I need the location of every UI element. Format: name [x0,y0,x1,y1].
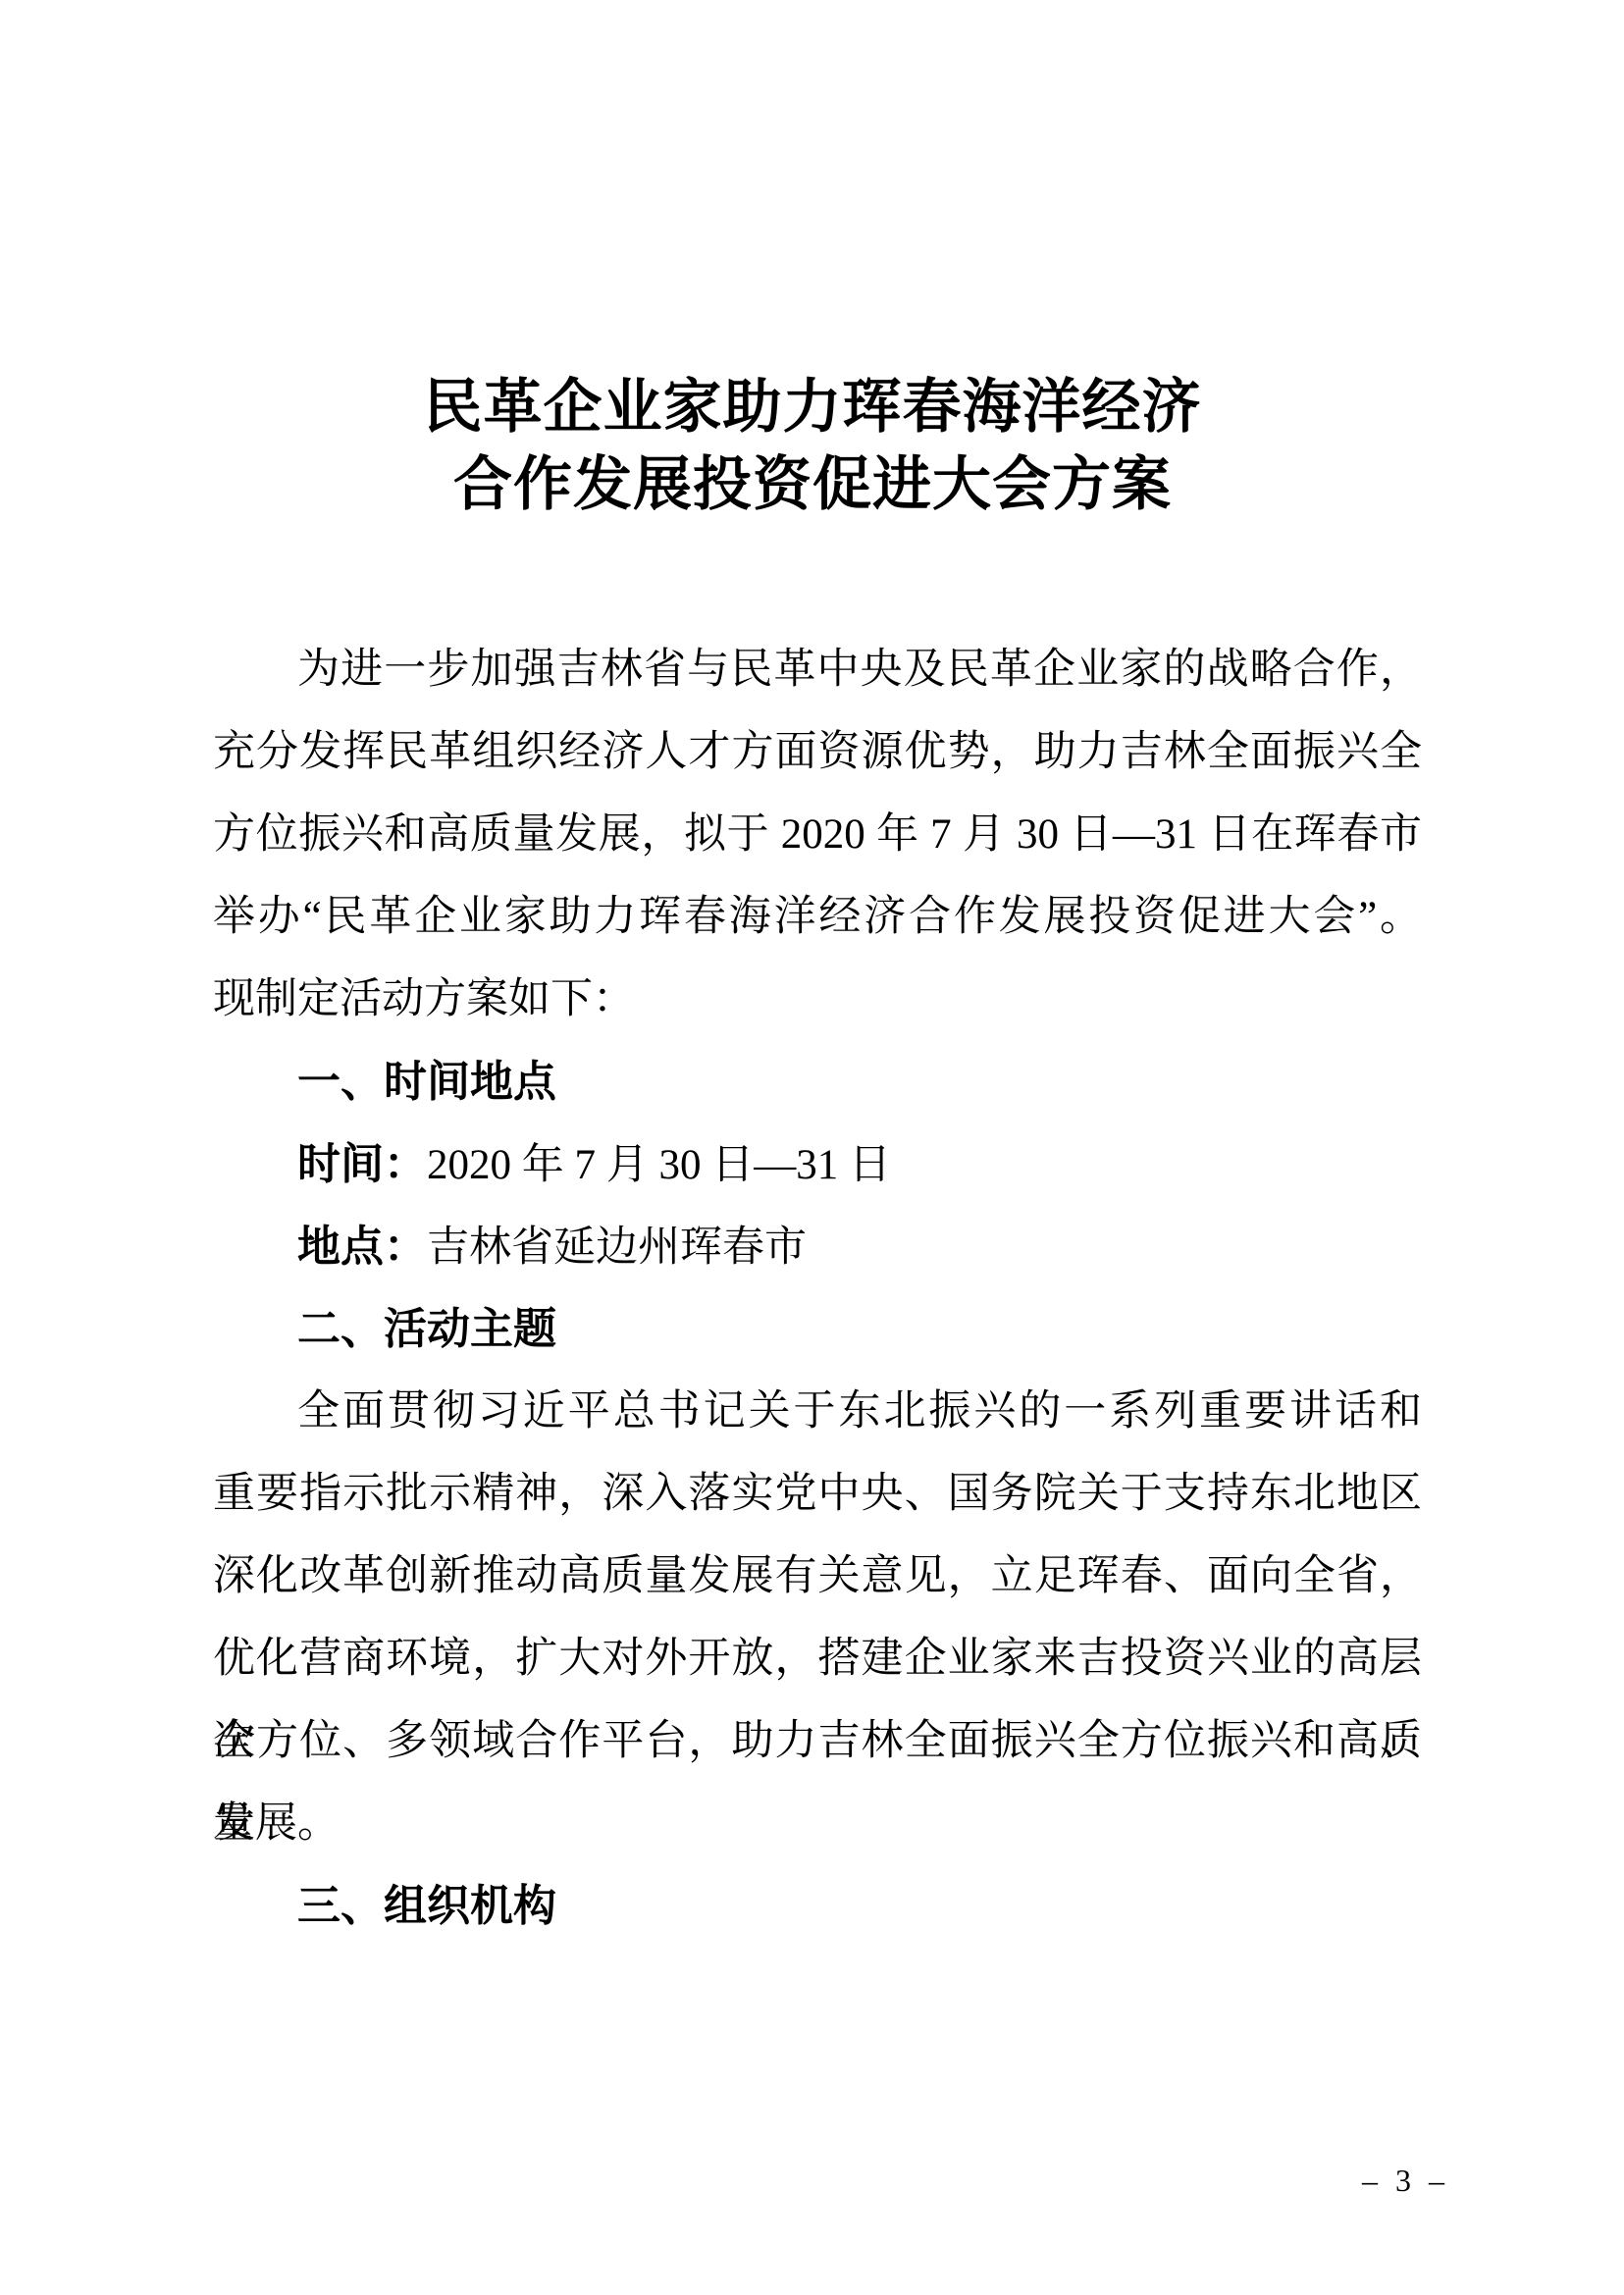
section-heading-theme: 二、活动主题 [213,1288,1422,1371]
time-label: 时间： [297,1140,427,1188]
theme-line-6: 发展。 [213,1783,1422,1865]
doc-body: 为进一步加强吉林省与民革中央及民革企业家的战略合作， 充分发挥民革组织经济人才方… [213,629,1422,1948]
doc-title-line-2: 合作发展投资促进大会方案 [208,446,1417,524]
theme-line-3: 深化改革创新推动高质量发展有关意见，立足珲春、面向全省， [213,1536,1422,1618]
section-heading-organization: 三、组织机构 [213,1865,1422,1948]
intro-line-3: 方位振兴和高质量发展，拟于 2020 年 7 月 30 日—31 日在珲春市 [213,794,1422,876]
intro-line-5: 现制定活动方案如下： [213,959,1422,1041]
document-page: 民革企业家助力珲春海洋经济 合作发展投资促进大会方案 为进一步加强吉林省与民革中… [0,0,1624,2295]
intro-line-2: 充分发挥民革组织经济人才方面资源优势，助力吉林全面振兴全 [213,711,1422,794]
page-number: – 3 – [1362,2163,1449,2199]
place-value: 吉林省延边州珲春市 [427,1225,807,1271]
time-line: 时间：2020 年 7 月 30 日—31 日 [213,1123,1422,1206]
theme-line-2: 重要指示批示精神，深入落实党中央、国务院关于支持东北地区 [213,1453,1422,1536]
intro-line-1: 为进一步加强吉林省与民革中央及民革企业家的战略合作， [213,629,1422,711]
doc-title-line-1: 民革企业家助力珲春海洋经济 [208,369,1417,446]
theme-line-5: 全方位、多领域合作平台，助力吉林全面振兴全方位振兴和高质量 [213,1700,1422,1783]
place-line: 地点：吉林省延边州珲春市 [213,1206,1422,1288]
theme-line-1: 全面贯彻习近平总书记关于东北振兴的一系列重要讲话和 [213,1371,1422,1453]
place-label: 地点： [297,1223,427,1271]
theme-line-4: 优化营商环境，扩大对外开放，搭建企业家来吉投资兴业的高层次、 [213,1618,1422,1700]
intro-line-4: 举办“民革企业家助力珲春海洋经济合作发展投资促进大会”。 [213,876,1422,959]
doc-title: 民革企业家助力珲春海洋经济 合作发展投资促进大会方案 [208,369,1417,524]
time-value: 2020 年 7 月 30 日—31 日 [427,1142,891,1188]
section-heading-time-place: 一、时间地点 [213,1041,1422,1123]
